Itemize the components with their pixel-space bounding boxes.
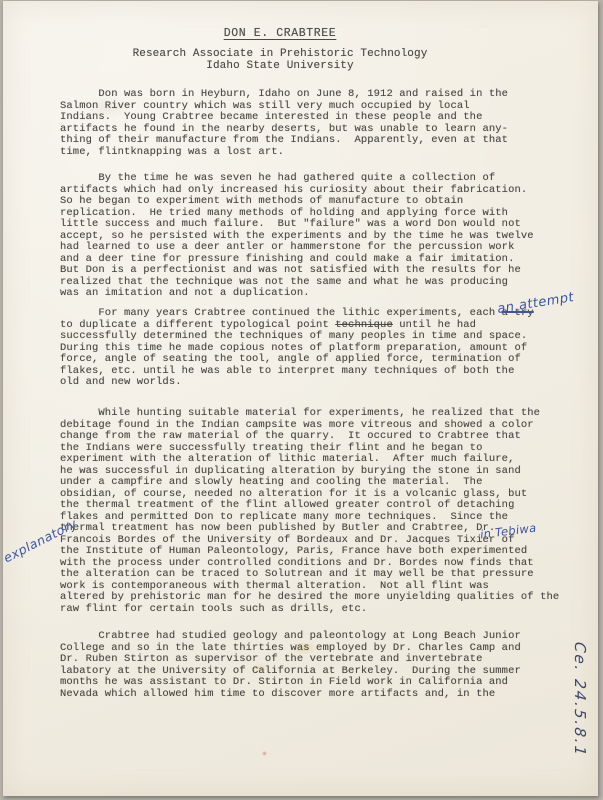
scanned-document-screenshot: { "document": { "title": "DON E. CRABTRE… xyxy=(0,0,603,800)
document-subtitle-line1: Research Associate in Prehistoric Techno… xyxy=(60,49,500,61)
paragraph-early-experiments: By the time he was seven he had gathered… xyxy=(60,173,534,300)
handwritten-catalog-number: Ce. 24.5.8.1 xyxy=(571,641,589,758)
scanned-page: DON E. CRABTREE Research Associate in Pr… xyxy=(3,1,598,796)
paragraph-berkeley-career: Crabtree had studied geology and paleont… xyxy=(60,631,521,700)
paragraph-text-segment: to duplicate a different typological poi… xyxy=(60,319,335,331)
paragraph-thermal-alteration: While hunting suitable material for expe… xyxy=(60,408,559,615)
paragraph-birth-and-youth: Don was born in Heyburn, Idaho on June 8… xyxy=(60,89,508,158)
document-subtitle-line2: Idaho State University xyxy=(60,61,500,73)
paragraph-text-segment: For many years Crabtree continued the li… xyxy=(60,307,502,319)
paragraph-lithic-experiments: For many years Crabtree continued the li… xyxy=(60,308,534,389)
struck-text-technique: technique xyxy=(335,319,393,331)
document-title: DON E. CRABTREE xyxy=(60,28,500,40)
paper-stain xyxy=(262,751,267,756)
